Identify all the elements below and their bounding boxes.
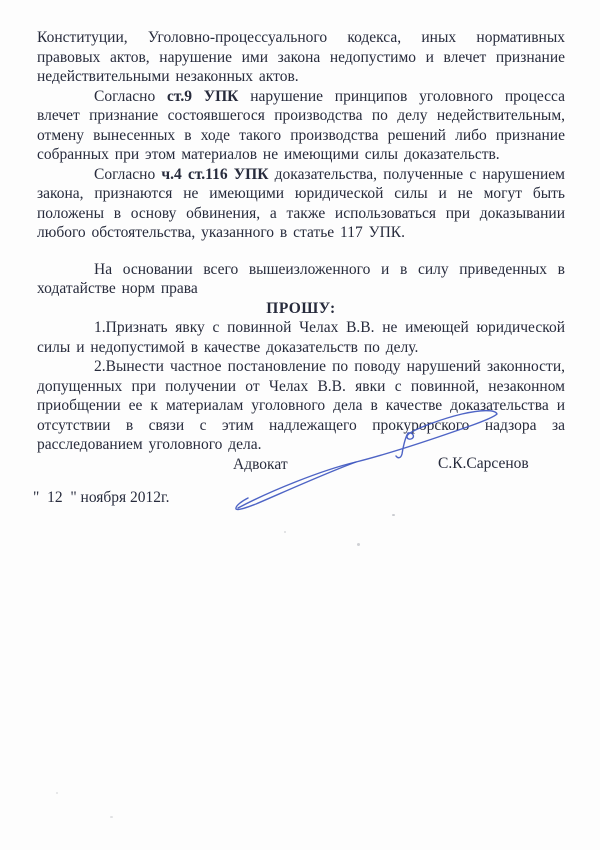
paragraph-basis: На основании всего вышеизложенного и в с… [37, 260, 565, 299]
document-body: Конституции, Уголовно-процессуального ко… [37, 28, 565, 455]
signature-role-label: Адвокат [233, 456, 288, 474]
scan-speck [284, 531, 286, 533]
signatory-name: С.К.Сарсенов [438, 455, 529, 473]
petition-heading: ПРОШУ: [37, 299, 565, 319]
date-line: " 12 " ноября 2012г. [33, 489, 170, 507]
paragraph-request-1: 1.Признать явку с повинной Челах В.В. не… [37, 318, 565, 357]
paragraph-article-116-lead: Согласно [94, 166, 161, 183]
paragraph-article-9: Согласно ст.9 УПК нарушение принципов уг… [37, 87, 565, 165]
scan-speck [392, 514, 395, 516]
paragraph-article-116: Согласно ч.4 ст.116 УПК доказательства, … [37, 165, 565, 243]
document-page: Конституции, Уголовно-процессуального ко… [0, 0, 600, 850]
paragraph-constitution: Конституции, Уголовно-процессуального ко… [37, 28, 565, 87]
article-9-reference: ст.9 УПК [167, 88, 238, 105]
scan-speck [56, 792, 58, 794]
scan-speck [357, 543, 360, 546]
scan-speck [110, 816, 113, 818]
paragraph-request-2: 2.Вынести частное постановление по повод… [37, 357, 565, 455]
article-116-reference: ч.4 ст.116 УПК [161, 166, 268, 183]
paragraph-article-9-lead: Согласно [94, 88, 167, 105]
